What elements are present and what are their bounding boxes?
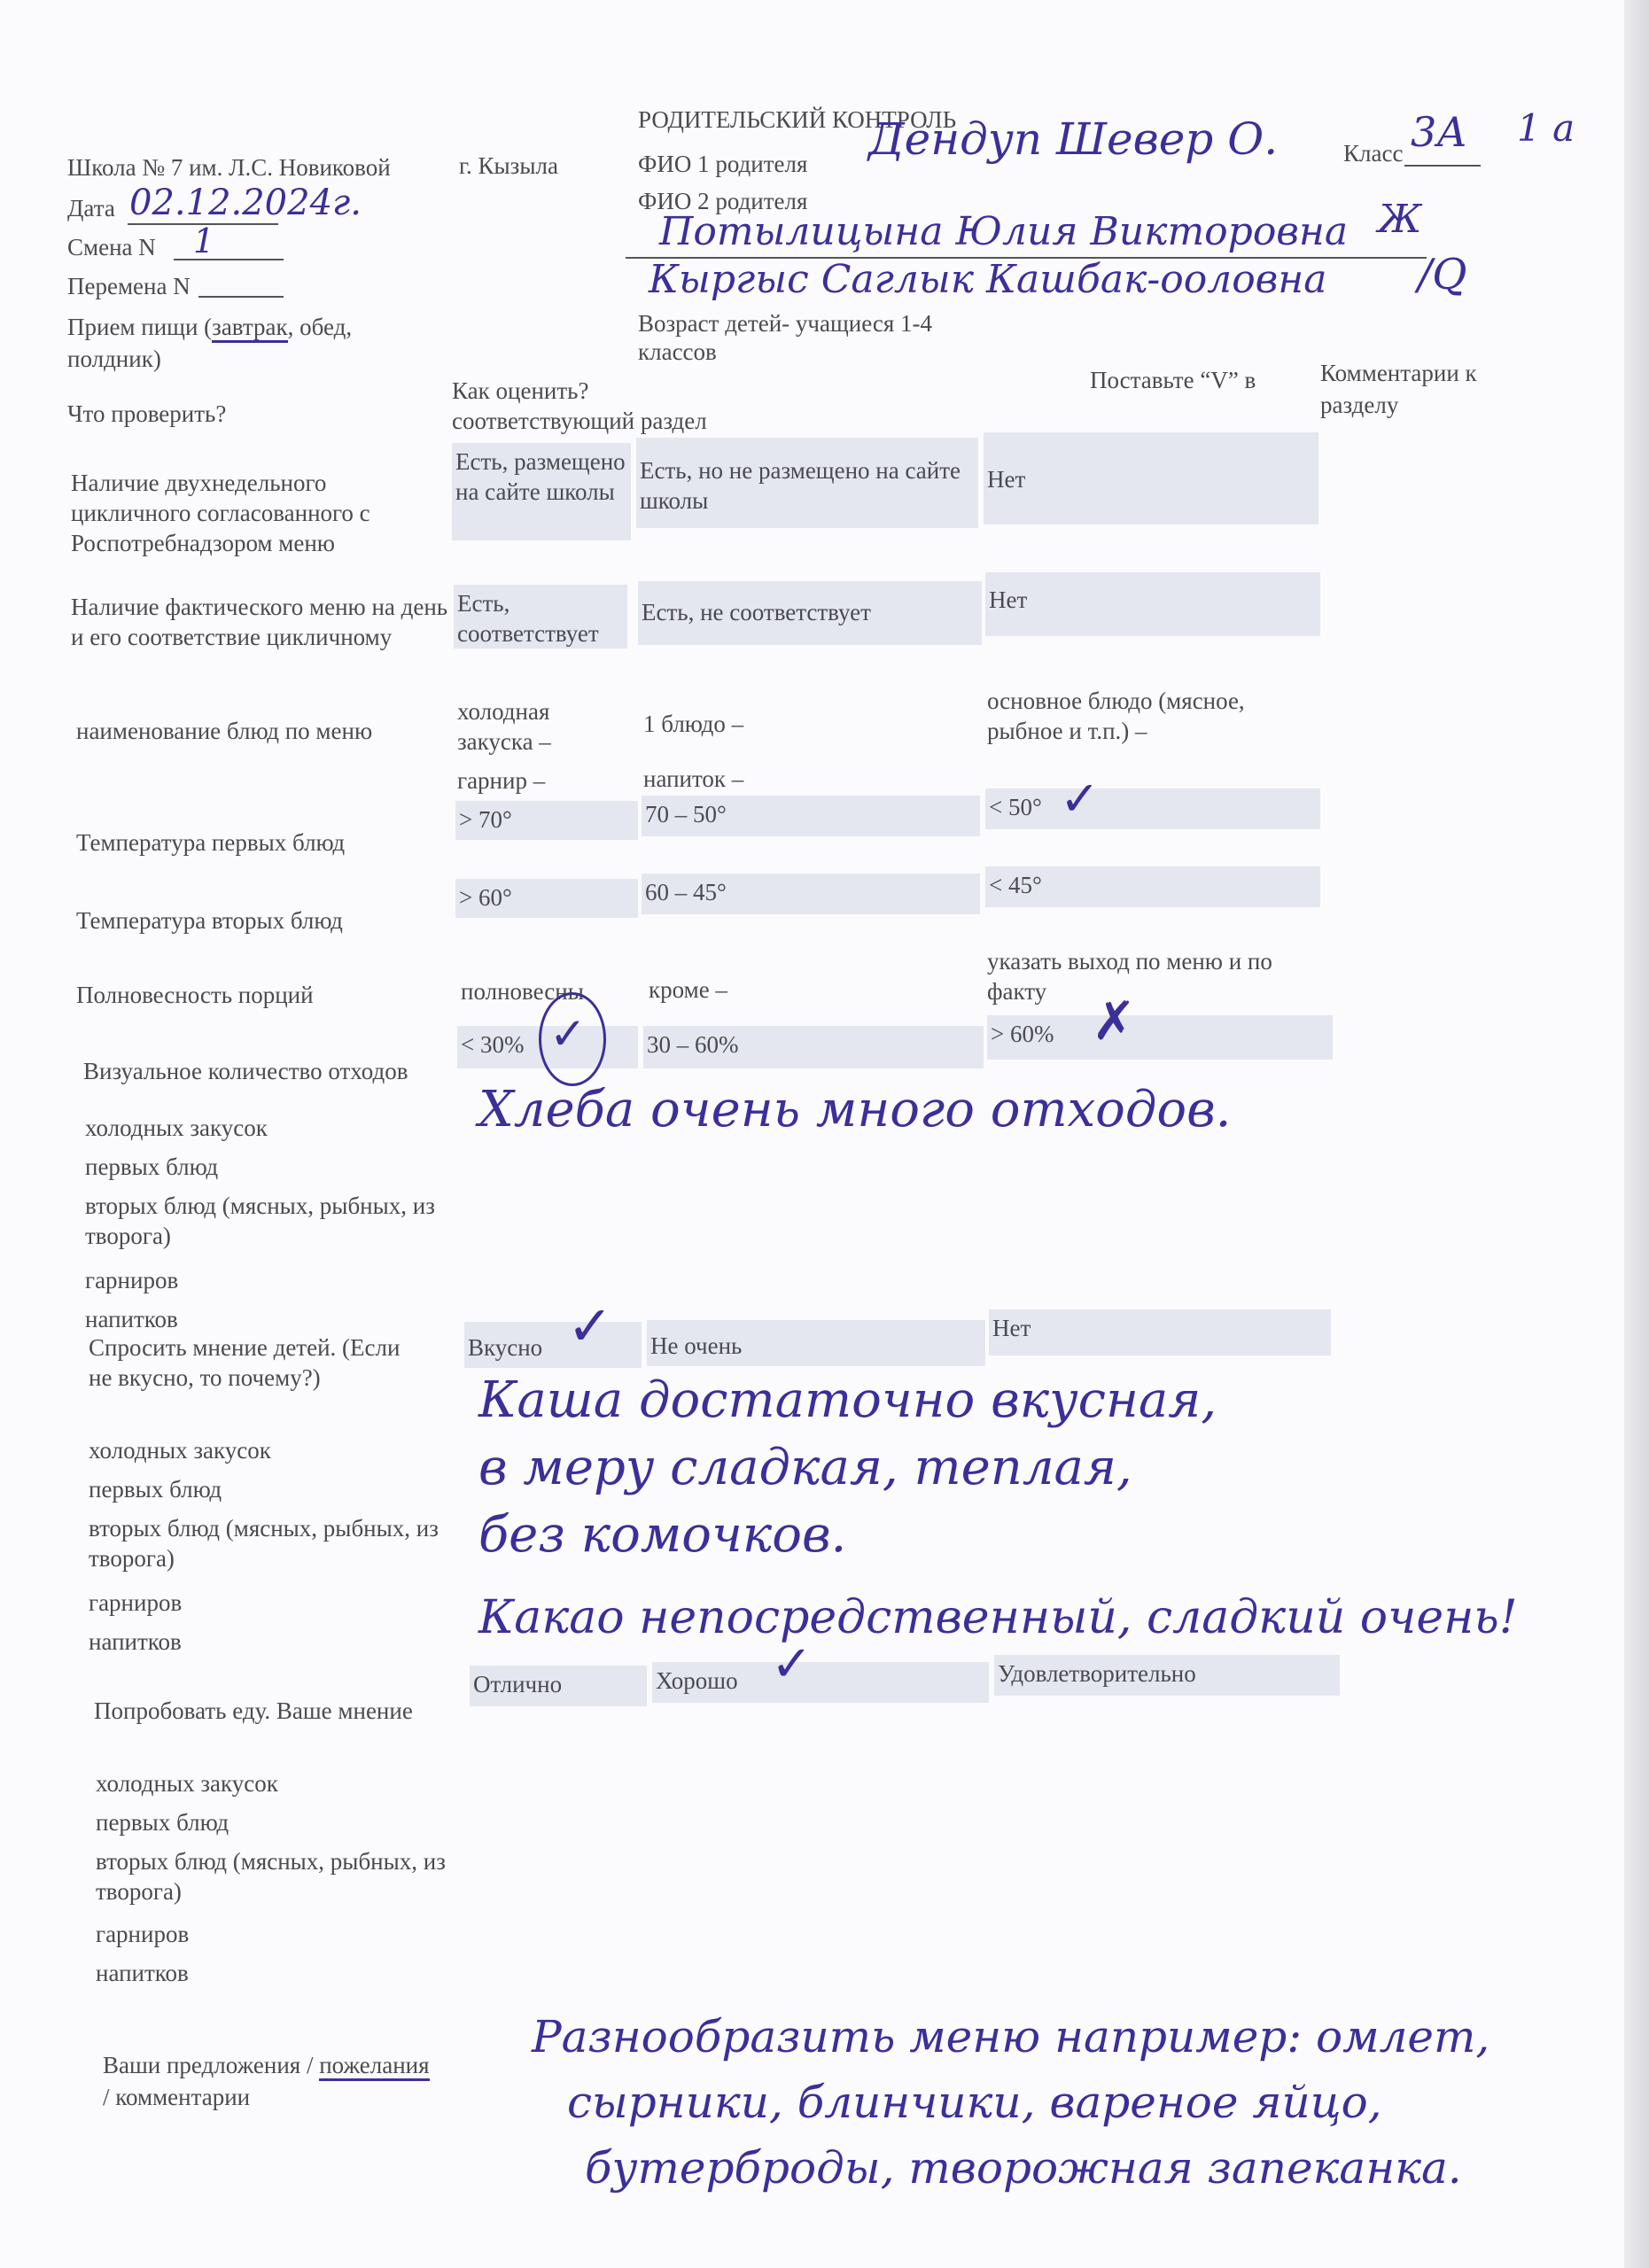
- row-menu-daily-label: Наличие фактического меню на день и его …: [71, 592, 452, 652]
- option-temp1-0[interactable]: > 70°: [455, 801, 638, 840]
- row-taste-label: Попробовать еду. Ваше мнение: [94, 1696, 413, 1726]
- field-cold-snack[interactable]: холодная закуска –: [457, 696, 617, 757]
- class-extra: 1 а: [1517, 106, 1575, 150]
- waste-sub-cold: холодных закусок: [85, 1113, 268, 1143]
- shift-underline: [174, 259, 284, 260]
- meal-selected[interactable]: завтрак: [212, 314, 287, 343]
- option-taste-2[interactable]: Удовлетворительно: [994, 1655, 1340, 1696]
- option-taste-1[interactable]: Хорошо: [652, 1662, 989, 1703]
- field-drink[interactable]: напиток –: [643, 764, 743, 794]
- suggestions-line1[interactable]: Разнообразить меню например: омлет,: [532, 2011, 1490, 2062]
- city: г. Кызыла: [459, 151, 558, 181]
- suggestions-label: Ваши предложения / пожелания: [103, 2050, 430, 2080]
- row-temp2-label: Температура вторых блюд: [76, 905, 343, 936]
- kids-comment-line1[interactable]: Каша достаточно вкусная,: [478, 1371, 1217, 1429]
- option-menu-2weeks-0[interactable]: Есть, размещено на сайте школы: [452, 443, 631, 540]
- signature-2: /Q: [1418, 250, 1467, 299]
- col-put-v: Поставьте “V” в: [1090, 365, 1256, 395]
- col-how-line2: соответствующий раздел: [452, 406, 707, 436]
- option-temp1-2[interactable]: < 50°: [985, 788, 1320, 829]
- suggestions-line3[interactable]: бутерброды, творожная запеканка.: [585, 2142, 1462, 2194]
- kids-sub-garnish: гарниров: [89, 1588, 182, 1618]
- option-kids-0[interactable]: Вкусно: [464, 1322, 642, 1368]
- kids-sub-second: вторых блюд (мясных, рыбных, из творога): [89, 1513, 461, 1573]
- kids-sub-cold: холодных закусок: [89, 1435, 271, 1465]
- option-temp1-1[interactable]: 70 – 50°: [642, 796, 980, 836]
- row-menu-2weeks-label: Наличие двухнедельного цикличного соглас…: [71, 468, 443, 558]
- option-menu-2weeks-1[interactable]: Есть, но не размещено на сайте школы: [636, 438, 978, 528]
- option-temp2-2[interactable]: < 45°: [985, 866, 1320, 907]
- field-except[interactable]: кроме –: [649, 975, 727, 1005]
- taste-sub-second: вторых блюд (мясных, рыбных, из творога): [96, 1846, 468, 1907]
- kids-comment-line4[interactable]: Какао непосредственный, сладкий очень!: [478, 1591, 1518, 1644]
- date-value[interactable]: 02.12.2024г.: [129, 183, 362, 223]
- shift-value[interactable]: 1: [193, 221, 214, 260]
- option-waste-2[interactable]: > 60%: [987, 1015, 1333, 1060]
- option-kids-1[interactable]: Не очень: [647, 1320, 985, 1366]
- kids-comment-line3[interactable]: без комочков.: [478, 1506, 846, 1564]
- option-kids-2[interactable]: Нет: [989, 1309, 1331, 1355]
- taste-sub-first: первых блюд: [96, 1807, 229, 1837]
- class-label: Класс: [1343, 138, 1403, 168]
- check-mark-icon: ✓: [549, 1008, 587, 1060]
- waste-sub-second: вторых блюд (мясных, рыбных, из творога): [85, 1191, 457, 1251]
- option-taste-0[interactable]: Отлично: [470, 1666, 647, 1706]
- col-what: Что проверить?: [67, 399, 226, 429]
- break-underline: [198, 296, 284, 298]
- row-kids-label: Спросить мнение детей. (Если не вкусно, …: [89, 1332, 408, 1393]
- option-menu-daily-0[interactable]: Есть, соответствует: [454, 585, 627, 649]
- option-waste-1[interactable]: 30 – 60%: [643, 1026, 984, 1068]
- col-comments-line2: разделу: [1320, 390, 1398, 420]
- meal-label-line2: полдник): [67, 344, 161, 374]
- option-menu-2weeks-2[interactable]: Нет: [984, 432, 1318, 524]
- date-label: Дата: [67, 193, 115, 223]
- signature-1: Ж: [1378, 197, 1421, 242]
- field-garnish[interactable]: гарнир –: [457, 765, 545, 796]
- field-yield[interactable]: указать выход по меню и по факту: [987, 946, 1333, 1006]
- shift-label: Смена N: [67, 232, 156, 262]
- row-waste-label: Визуальное количество отходов: [83, 1056, 408, 1086]
- kids-comment-line2[interactable]: в меру сладкая, теплая,: [478, 1439, 1132, 1496]
- parent1-value[interactable]: Дендуп Шевер О.: [868, 113, 1278, 165]
- waste-comment[interactable]: Хлеба очень много отходов.: [478, 1081, 1231, 1138]
- taste-sub-drinks: напитков: [96, 1958, 189, 1988]
- taste-sub-cold: холодных закусок: [96, 1768, 278, 1798]
- parent1-label: ФИО 1 родителя: [638, 149, 807, 179]
- row-portions-label: Полновесность порций: [76, 980, 314, 1010]
- taste-sub-garnish: гарниров: [96, 1919, 189, 1949]
- check-mark-icon: ✓: [1060, 771, 1100, 827]
- field-first-course[interactable]: 1 блюдо –: [643, 709, 743, 739]
- cross-mark-icon: ✗: [1092, 990, 1136, 1052]
- meal-label: Прием пищи (завтрак, обед,: [67, 312, 352, 342]
- parent2-value-line1[interactable]: Потылицына Юлия Викторовна: [659, 209, 1348, 254]
- col-comments: Комментарии к: [1320, 358, 1477, 388]
- suggestions-line2[interactable]: сырники, блинчики, вареное яйцо,: [567, 2077, 1382, 2128]
- age-label: Возраст детей- учащиеся 1-4: [638, 308, 932, 338]
- break-label: Перемена N: [67, 271, 191, 301]
- waste-sub-first: первых блюд: [85, 1152, 218, 1182]
- age-label-line2: классов: [638, 337, 717, 367]
- scan-edge: [1624, 0, 1649, 2268]
- school-name: Школа № 7 им. Л.С. Новиковой: [67, 152, 391, 183]
- waste-sub-drinks: напитков: [85, 1304, 178, 1334]
- col-how: Как оценить?: [452, 376, 588, 406]
- row-dishes-label: наименование блюд по меню: [76, 716, 372, 746]
- option-menu-daily-2[interactable]: Нет: [985, 572, 1320, 636]
- check-mark-icon: ✓: [771, 1635, 813, 1693]
- kids-sub-first: первых блюд: [89, 1474, 222, 1504]
- option-temp2-1[interactable]: 60 – 45°: [642, 874, 980, 914]
- class-underline: [1404, 165, 1481, 167]
- class-value[interactable]: 3А: [1411, 108, 1467, 156]
- check-mark-icon: ✓: [567, 1293, 613, 1358]
- parent2-value-line2[interactable]: Кыргыс Саглык Кашбак-ооловна: [649, 257, 1327, 302]
- row-temp1-label: Температура первых блюд: [76, 827, 345, 858]
- option-temp2-0[interactable]: > 60°: [455, 879, 638, 918]
- option-menu-daily-1[interactable]: Есть, не соответствует: [638, 581, 982, 645]
- kids-sub-drinks: напитков: [89, 1627, 182, 1657]
- suggestions-label-line2: / комментарии: [103, 2082, 250, 2112]
- field-main-course[interactable]: основное блюдо (мясное, рыбное и т.п.) –: [987, 686, 1324, 746]
- waste-sub-garnish: гарниров: [85, 1265, 178, 1295]
